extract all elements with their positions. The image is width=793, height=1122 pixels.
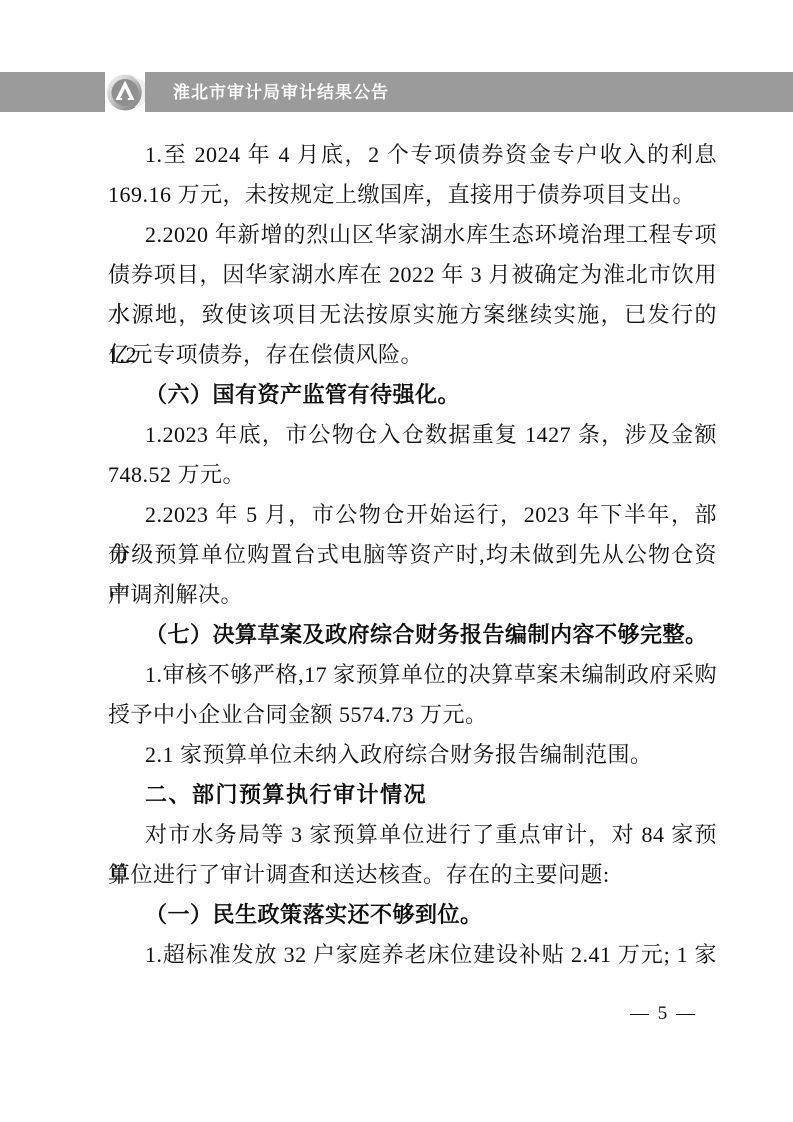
body-line: 市级预算单位购置台式电脑等资产时,均未做到先从公物仓资产	[108, 535, 717, 575]
body-line: 中调剂解决。	[108, 575, 717, 615]
body-line: 亿元专项债券，存在偿债风险。	[108, 335, 717, 375]
body-line: 2.2023 年 5 月，市公物仓开始运行，2023 年下半年，部分	[108, 495, 717, 535]
body-line: 2.1 家预算单位未纳入政府综合财务报告编制范围。	[108, 735, 717, 775]
audit-emblem-icon	[105, 68, 145, 117]
body-line: 债券项目，因华家湖水库在 2022 年 3 月被确定为淮北市饮用水	[108, 255, 717, 295]
audit-bureau-logo-icon	[105, 68, 145, 117]
body-line: 1.超标准发放 32 户家庭养老床位建设补贴 2.41 万元; 1 家	[108, 935, 717, 975]
document-page: 淮北市审计局审计结果公告 1.至 2024 年 4 月底，2 个专项债券资金专户…	[0, 0, 793, 1122]
body-line: 169.16 万元，未按规定上缴国库，直接用于债券项目支出。	[108, 175, 717, 215]
body-line: 1.2023 年底，市公物仓入仓数据重复 1427 条，涉及金额	[108, 415, 717, 455]
body-line: 748.52 万元。	[108, 455, 717, 495]
body-line: 水源地，致使该项目无法按原实施方案继续实施，已发行的 1.2	[108, 295, 717, 335]
body-line: 1.至 2024 年 4 月底，2 个专项债券资金专户收入的利息	[108, 135, 717, 175]
body-line: 1.审核不够严格,17 家预算单位的决算草案未编制政府采购	[108, 655, 717, 695]
header-title: 淮北市审计局审计结果公告	[173, 72, 389, 112]
section-heading-7: （七）决算草案及政府综合财务报告编制内容不够完整。	[108, 615, 717, 655]
body-line: 2.2020 年新增的烈山区华家湖水库生态环境治理工程专项	[108, 215, 717, 255]
chapter-heading-2: 二、部门预算执行审计情况	[108, 775, 717, 815]
section-heading-1: （一）民生政策落实还不够到位。	[108, 895, 717, 935]
document-body: 1.至 2024 年 4 月底，2 个专项债券资金专户收入的利息 169.16 …	[108, 135, 717, 975]
body-line: 单位进行了审计调查和送达核查。存在的主要问题:	[108, 855, 717, 895]
body-line: 对市水务局等 3 家预算单位进行了重点审计，对 84 家预算	[108, 815, 717, 855]
page-number: — 5 —	[630, 1000, 697, 1028]
section-heading-6: （六）国有资产监管有待强化。	[108, 375, 717, 415]
body-line: 授予中小企业合同金额 5574.73 万元。	[108, 695, 717, 735]
